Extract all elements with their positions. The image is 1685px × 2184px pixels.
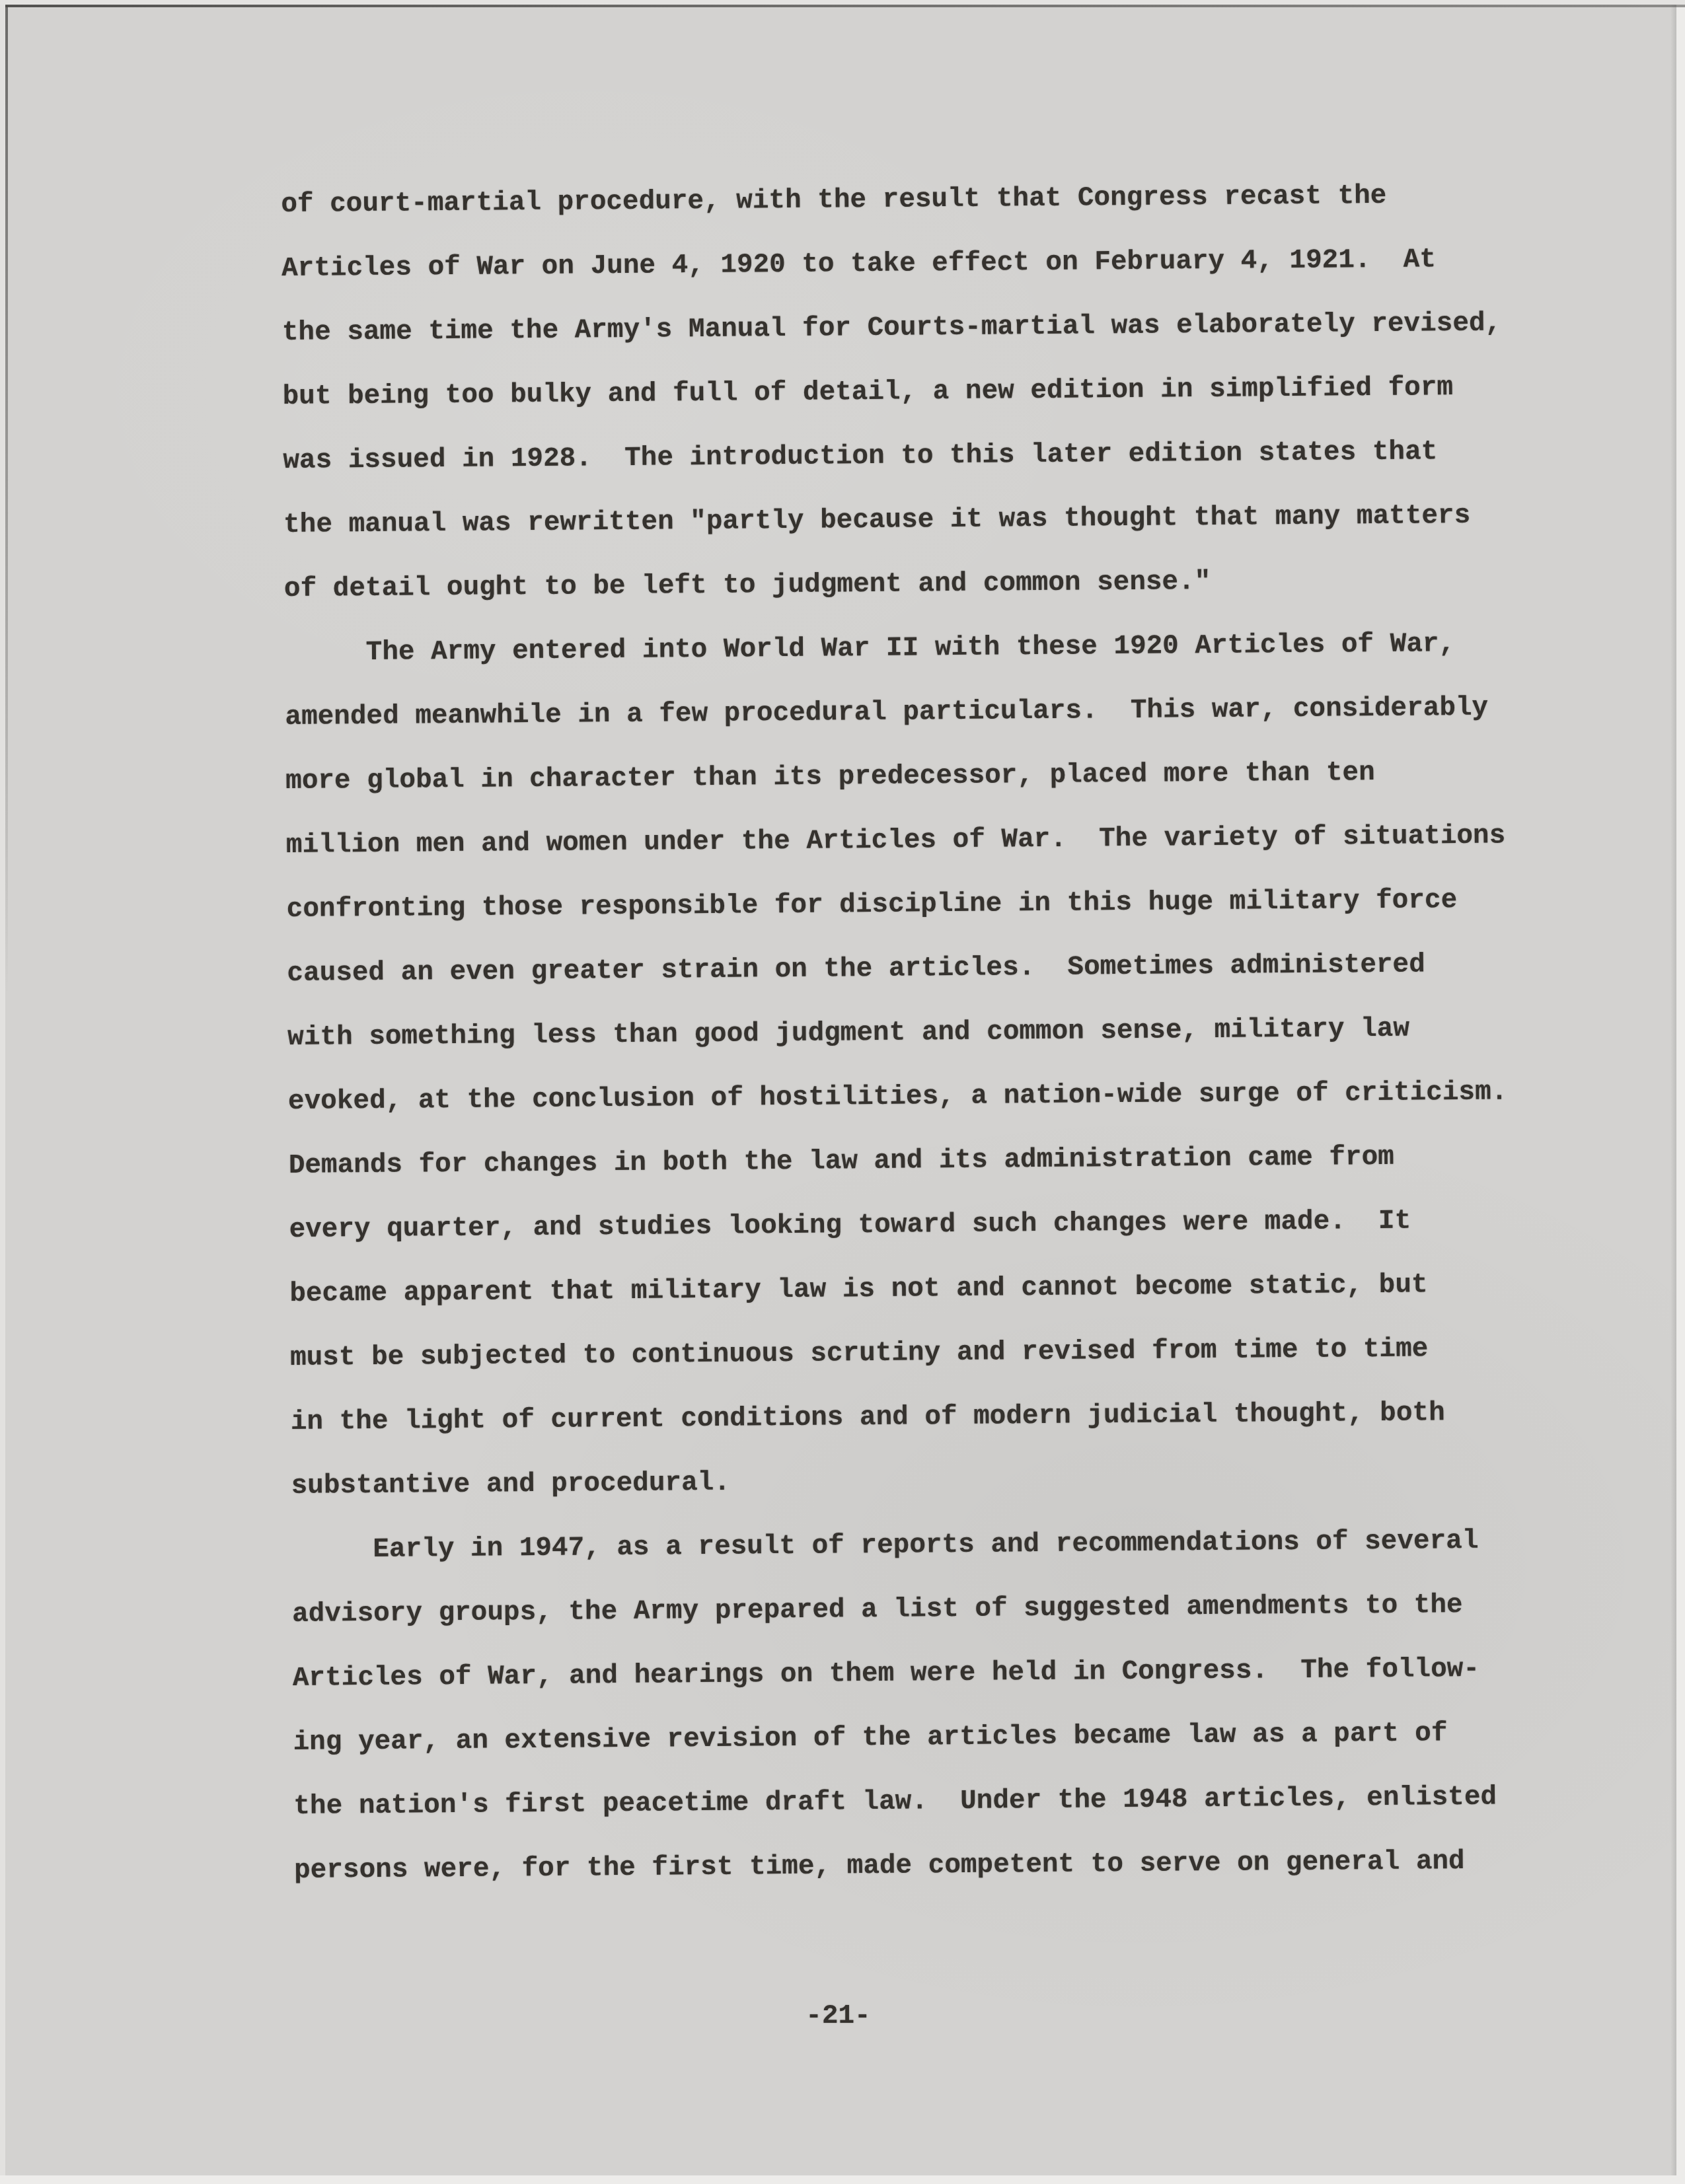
text-line: the nation's first peacetime draft law. … xyxy=(293,1765,1563,1839)
text-line: in the light of current conditions and o… xyxy=(290,1381,1559,1455)
text-line: caused an even greater strain on the art… xyxy=(287,932,1556,1006)
text-line: more global in character than its predec… xyxy=(285,740,1555,814)
text-line: the manual was rewritten "partly because… xyxy=(283,484,1553,558)
text-line: substantive and procedural. xyxy=(291,1445,1560,1519)
paper-left-edge xyxy=(5,6,8,997)
text-line: amended meanwhile in a few procedural pa… xyxy=(285,676,1554,750)
scan-left-strip xyxy=(0,5,5,2175)
text-line: was issued in 1928. The introduction to … xyxy=(283,419,1552,493)
text-line: Articles of War, and hearings on them we… xyxy=(293,1637,1562,1711)
text-line: but being too bulky and full of detail, … xyxy=(282,355,1552,429)
scan-top-strip xyxy=(0,0,1685,5)
text-line: of detail ought to be left to judgment a… xyxy=(284,548,1554,622)
text-line: every quarter, and studies looking towar… xyxy=(289,1188,1558,1262)
text-line: Demands for changes in both the law and … xyxy=(288,1124,1557,1198)
text-line: must be subjected to continuous scrutiny… xyxy=(290,1317,1559,1391)
document-page: of court-martial procedure, with the res… xyxy=(0,0,1676,2175)
paper-right-edge xyxy=(1670,0,1676,2175)
document-text-block: of court-martial procedure, with the res… xyxy=(281,163,1563,1903)
text-line: ing year, an extensive revision of the a… xyxy=(293,1701,1562,1775)
text-line: confronting those responsible for discip… xyxy=(286,868,1555,942)
text-line: million men and women under the Articles… xyxy=(286,804,1555,878)
text-line: of court-martial procedure, with the res… xyxy=(281,163,1550,237)
text-line: with something less than good judgment a… xyxy=(287,996,1557,1070)
text-line: Early in 1947, as a result of reports an… xyxy=(291,1509,1561,1583)
text-line: The Army entered into World War II with … xyxy=(284,612,1554,686)
page-number: -21- xyxy=(0,1984,1676,2049)
text-line: Articles of War on June 4, 1920 to take … xyxy=(281,227,1551,301)
text-line: became apparent that military law is not… xyxy=(289,1253,1559,1327)
text-line: evoked, at the conclusion of hostilities… xyxy=(288,1060,1557,1134)
paper-top-edge xyxy=(0,5,1685,7)
text-line: persons were, for the first time, made c… xyxy=(294,1829,1563,1903)
text-line: the same time the Army's Manual for Cour… xyxy=(282,291,1552,365)
text-line: advisory groups, the Army prepared a lis… xyxy=(292,1573,1561,1647)
